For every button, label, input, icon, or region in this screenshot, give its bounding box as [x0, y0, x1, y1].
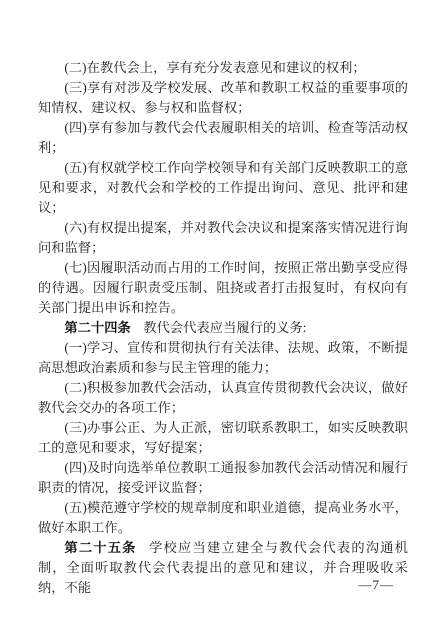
- paragraph: (七)因履职活动而占用的工作时间，按照正常出勤享受应得的待遇。因履行职责受压制、…: [38, 258, 408, 318]
- paragraph-text: 教代会代表应当履行的义务:: [143, 320, 306, 335]
- paragraph: (二)积极参加教代会活动，认真宣传贯彻教代会决议，做好教代会交办的各项工作；: [38, 378, 408, 418]
- paragraph: (四)享有参加与教代会代表履职相关的培训、检查等活动权利；: [38, 118, 408, 158]
- paragraph: (四)及时向选举单位教职工通报参加教代会活动情况和履行职责的情况，接受评议监督；: [38, 458, 408, 498]
- paragraph-text: (三)享有对涉及学校发展、改革和教职工权益的重要事项的知情权、建议权、参与权和监…: [38, 80, 408, 115]
- paragraph: (五)模范遵守学校的规章制度和职业道德，提高业务水平，做好本职工作。: [38, 498, 408, 538]
- document-body: (二)在教代会上，享有充分发表意见和建议的权利； (三)享有对涉及学校发展、改革…: [38, 58, 408, 598]
- article-heading: 第二十五条: [64, 540, 136, 555]
- paragraph: (六)有权提出提案，并对教代会决议和提案落实情况进行询问和监督；: [38, 218, 408, 258]
- paragraph-text: (四)享有参加与教代会代表履职相关的培训、检查等活动权利；: [38, 120, 408, 155]
- paragraph: (三)办事公正、为人正派，密切联系教职工，如实反映教职工的意见和要求，写好提案；: [38, 418, 408, 458]
- paragraph-text: (二)在教代会上，享有充分发表意见和建议的权利；: [64, 60, 365, 75]
- paragraph: (一)学习、宣传和贯彻执行有关法律、法规、政策，不断提高思想政治素质和参与民主管…: [38, 338, 408, 378]
- paragraph-text: (一)学习、宣传和贯彻执行有关法律、法规、政策，不断提高思想政治素质和参与民主管…: [38, 340, 408, 375]
- paragraph: 第二十四条教代会代表应当履行的义务:: [38, 318, 408, 338]
- paragraph-text: (五)模范遵守学校的规章制度和职业道德，提高业务水平，做好本职工作。: [38, 500, 408, 535]
- article-heading: 第二十四条: [64, 320, 130, 335]
- paragraph-text: (三)办事公正、为人正派，密切联系教职工，如实反映教职工的意见和要求，写好提案；: [38, 420, 408, 455]
- paragraph-text: (四)及时向选举单位教职工通报参加教代会活动情况和履行职责的情况，接受评议监督；: [38, 460, 408, 495]
- paragraph-text: (六)有权提出提案，并对教代会决议和提案落实情况进行询问和监督；: [38, 220, 408, 255]
- paragraph-text: (二)积极参加教代会活动，认真宣传贯彻教代会决议，做好教代会交办的各项工作；: [38, 380, 408, 415]
- paragraph: (三)享有对涉及学校发展、改革和教职工权益的重要事项的知情权、建议权、参与权和监…: [38, 78, 408, 118]
- paragraph-text: (七)因履职活动而占用的工作时间，按照正常出勤享受应得的待遇。因履行职责受压制、…: [38, 260, 408, 315]
- page-number: —7—: [359, 577, 395, 593]
- paragraph: (五)有权就学校工作向学校领导和有关部门反映教职工的意见和要求，对教代会和学校的…: [38, 158, 408, 218]
- paragraph: 第二十五条学校应当建立建全与教代会代表的沟通机制，全面听取教代会代表提出的意见和…: [38, 538, 408, 598]
- paragraph-text: (五)有权就学校工作向学校领导和有关部门反映教职工的意见和要求，对教代会和学校的…: [38, 160, 408, 215]
- paragraph: (二)在教代会上，享有充分发表意见和建议的权利；: [38, 58, 408, 78]
- document-page: (二)在教代会上，享有充分发表意见和建议的权利； (三)享有对涉及学校发展、改革…: [0, 0, 446, 634]
